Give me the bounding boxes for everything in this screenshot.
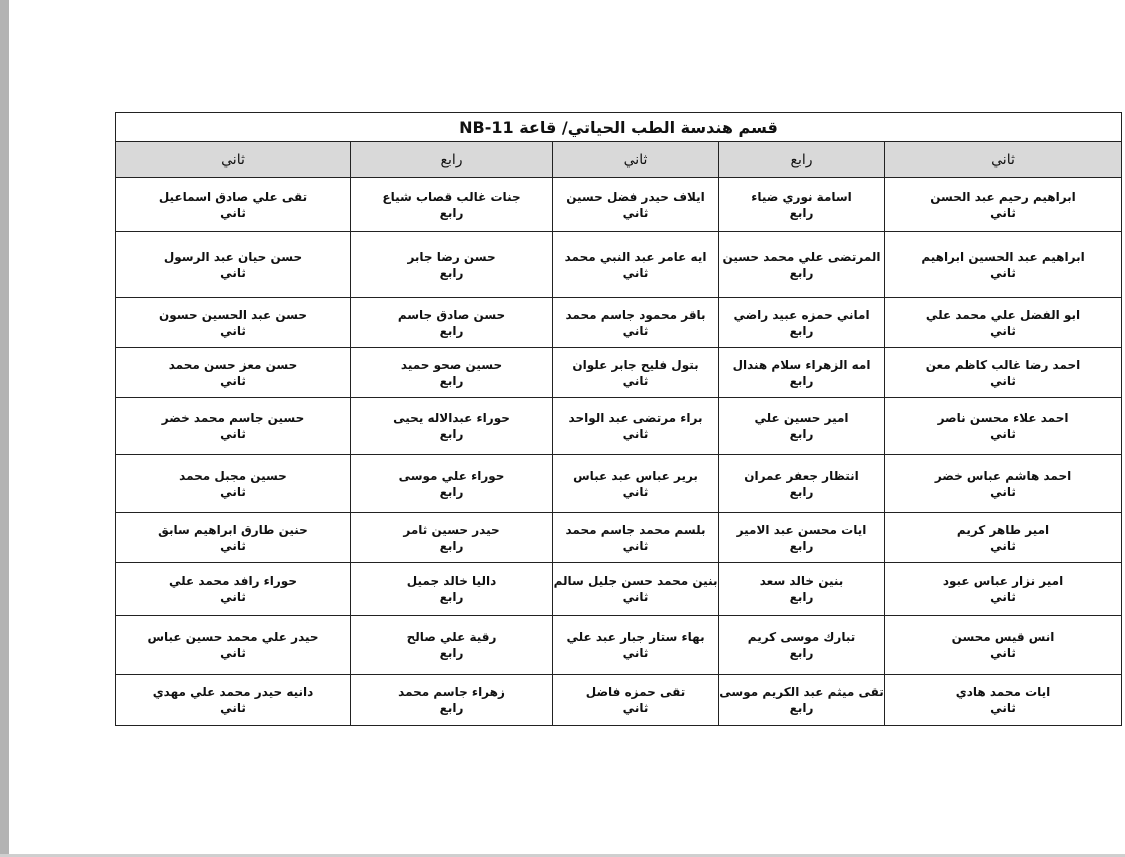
student-name: احمد رضا غالب كاظم معن xyxy=(885,357,1121,373)
student-cell: حسن حيان عبد الرسولثاني xyxy=(116,232,351,298)
student-stage: رابع xyxy=(719,373,884,389)
student-stage: ثاني xyxy=(553,205,718,221)
student-name: رقية علي صالح xyxy=(351,629,552,645)
table-row: احمد رضا غالب كاظم معنثانيامه الزهراء سل… xyxy=(116,348,1122,398)
student-cell: داليا خالد جميلرابع xyxy=(351,563,553,616)
student-cell: حيدر حسين ثامررابع xyxy=(351,513,553,563)
student-cell: حسين جاسم محمد خضرثاني xyxy=(116,398,351,455)
student-name: حوراء عبدالاله يحيى xyxy=(351,410,552,426)
student-name: المرتضى علي محمد حسين xyxy=(719,249,884,265)
title-row: قسم هندسة الطب الحياتي/ قاعة NB-11 xyxy=(116,113,1122,142)
student-stage: ثاني xyxy=(885,589,1121,605)
student-cell: حوراء عبدالاله يحيىرابع xyxy=(351,398,553,455)
student-name: حنين طارق ابراهيم سابق xyxy=(116,522,350,538)
student-name: ايات محسن عبد الامير xyxy=(719,522,884,538)
student-name: حسن عبد الحسين حسون xyxy=(116,307,350,323)
student-cell: انس قيس محسنثاني xyxy=(885,616,1122,675)
student-stage: ثاني xyxy=(885,484,1121,500)
student-name: احمد علاء محسن ناصر xyxy=(885,410,1121,426)
student-stage: ثاني xyxy=(116,205,350,221)
student-name: امير حسين علي xyxy=(719,410,884,426)
student-cell: امير نزار عباس عبودثاني xyxy=(885,563,1122,616)
student-cell: المرتضى علي محمد حسينرابع xyxy=(719,232,885,298)
student-name: دانيه حيدر محمد علي مهدي xyxy=(116,684,350,700)
student-stage: ثاني xyxy=(553,700,718,716)
student-name: انس قيس محسن xyxy=(885,629,1121,645)
student-name: ايه عامر عبد النبي محمد xyxy=(553,249,718,265)
table-row: انس قيس محسنثانيتبارك موسى كريمرابعبهاء … xyxy=(116,616,1122,675)
student-name: تقى علي صادق اسماعيل xyxy=(116,189,350,205)
student-cell: امير طاهر كريمثاني xyxy=(885,513,1122,563)
student-name: حسن رضا جابر xyxy=(351,249,552,265)
student-cell: تقى علي صادق اسماعيلثاني xyxy=(116,178,351,232)
student-name: ابراهيم عبد الحسين ابراهيم xyxy=(885,249,1121,265)
student-name: داليا خالد جميل xyxy=(351,573,552,589)
student-stage: رابع xyxy=(351,265,552,281)
student-name: ايلاف حيدر فضل حسين xyxy=(553,189,718,205)
document-title: قسم هندسة الطب الحياتي/ قاعة NB-11 xyxy=(116,113,1122,142)
student-cell: باقر محمود جاسم محمدثاني xyxy=(553,298,719,348)
table-row: امير نزار عباس عبودثانيبنين خالد سعدرابع… xyxy=(116,563,1122,616)
student-stage: رابع xyxy=(351,323,552,339)
student-cell: ايات محسن عبد الاميررابع xyxy=(719,513,885,563)
window-left-edge xyxy=(0,0,9,857)
student-stage: رابع xyxy=(719,538,884,554)
student-cell: حسن رضا جابررابع xyxy=(351,232,553,298)
student-name: بتول فليح جابر علوان xyxy=(553,357,718,373)
student-stage: رابع xyxy=(351,538,552,554)
student-stage: رابع xyxy=(719,645,884,661)
student-cell: ايه عامر عبد النبي محمدثاني xyxy=(553,232,719,298)
student-stage: ثاني xyxy=(885,538,1121,554)
student-stage: رابع xyxy=(719,589,884,605)
student-cell: جنات غالب قصاب شياعرابع xyxy=(351,178,553,232)
student-cell: بلسم محمد جاسم محمدثاني xyxy=(553,513,719,563)
student-cell: بتول فليح جابر علوانثاني xyxy=(553,348,719,398)
student-cell: تقى حمزه فاضلثاني xyxy=(553,675,719,726)
student-cell: امه الزهراء سلام هندالرابع xyxy=(719,348,885,398)
student-name: تقى حمزه فاضل xyxy=(553,684,718,700)
table-row: ابراهيم عبد الحسين ابراهيمثانيالمرتضى عل… xyxy=(116,232,1122,298)
student-cell: برير عباس عبد عباسثاني xyxy=(553,455,719,513)
student-name: ايات محمد هادي xyxy=(885,684,1121,700)
student-name: امير نزار عباس عبود xyxy=(885,573,1121,589)
student-stage: رابع xyxy=(719,323,884,339)
student-cell: ايلاف حيدر فضل حسينثاني xyxy=(553,178,719,232)
student-stage: ثاني xyxy=(885,323,1121,339)
student-stage: ثاني xyxy=(553,538,718,554)
student-stage: ثاني xyxy=(553,265,718,281)
student-name: حسن حيان عبد الرسول xyxy=(116,249,350,265)
seating-table: قسم هندسة الطب الحياتي/ قاعة NB-11 ثاني … xyxy=(115,112,1122,726)
table-row: ابو الفضل علي محمد عليثانياماني حمزه عبي… xyxy=(116,298,1122,348)
student-stage: ثاني xyxy=(885,205,1121,221)
student-stage: رابع xyxy=(351,205,552,221)
student-cell: تبارك موسى كريمرابع xyxy=(719,616,885,675)
student-name: حوراء علي موسى xyxy=(351,468,552,484)
student-cell: اماني حمزه عبيد راضيرابع xyxy=(719,298,885,348)
student-stage: ثاني xyxy=(116,645,350,661)
student-name: حسن صادق جاسم xyxy=(351,307,552,323)
student-cell: احمد رضا غالب كاظم معنثاني xyxy=(885,348,1122,398)
student-cell: اسامة نوري ضياءرابع xyxy=(719,178,885,232)
student-name: حيدر علي محمد حسين عباس xyxy=(116,629,350,645)
student-stage: ثاني xyxy=(553,373,718,389)
table-row: احمد علاء محسن ناصرثانيامير حسين عليرابع… xyxy=(116,398,1122,455)
student-name: براء مرتضى عبد الواحد xyxy=(553,410,718,426)
student-stage: ثاني xyxy=(116,538,350,554)
student-name: امير طاهر كريم xyxy=(885,522,1121,538)
student-name: حوراء رافد محمد علي xyxy=(116,573,350,589)
student-cell: امير حسين عليرابع xyxy=(719,398,885,455)
student-cell: احمد علاء محسن ناصرثاني xyxy=(885,398,1122,455)
student-stage: ثاني xyxy=(116,589,350,605)
student-stage: رابع xyxy=(351,484,552,500)
student-cell: حسن معز حسن محمدثاني xyxy=(116,348,351,398)
student-name: حسن معز حسن محمد xyxy=(116,357,350,373)
student-cell: حسن صادق جاسمرابع xyxy=(351,298,553,348)
student-stage: ثاني xyxy=(116,426,350,442)
table-row: ابراهيم رحيم عبد الحسنثانياسامة نوري ضيا… xyxy=(116,178,1122,232)
student-name: تبارك موسى كريم xyxy=(719,629,884,645)
header-row: ثاني رابع ثاني رابع ثاني xyxy=(116,142,1122,178)
student-stage: ثاني xyxy=(885,426,1121,442)
student-cell: حنين طارق ابراهيم سابقثاني xyxy=(116,513,351,563)
student-stage: ثاني xyxy=(116,700,350,716)
column-header: ثاني xyxy=(116,142,351,178)
column-header: رابع xyxy=(719,142,885,178)
student-name: اسامة نوري ضياء xyxy=(719,189,884,205)
student-cell: انتظار جعفر عمرانرابع xyxy=(719,455,885,513)
student-cell: حوراء رافد محمد عليثاني xyxy=(116,563,351,616)
student-cell: براء مرتضى عبد الواحدثاني xyxy=(553,398,719,455)
student-name: حسين جاسم محمد خضر xyxy=(116,410,350,426)
student-stage: ثاني xyxy=(116,484,350,500)
column-header: ثاني xyxy=(885,142,1122,178)
student-stage: ثاني xyxy=(885,645,1121,661)
student-name: امه الزهراء سلام هندال xyxy=(719,357,884,373)
student-cell: ابراهيم رحيم عبد الحسنثاني xyxy=(885,178,1122,232)
student-name: بنين خالد سعد xyxy=(719,573,884,589)
student-name: بنين محمد حسن جليل سالم xyxy=(553,573,718,589)
student-stage: رابع xyxy=(351,645,552,661)
student-name: باقر محمود جاسم محمد xyxy=(553,307,718,323)
student-name: اماني حمزه عبيد راضي xyxy=(719,307,884,323)
student-name: ابو الفضل علي محمد علي xyxy=(885,307,1121,323)
student-stage: ثاني xyxy=(116,265,350,281)
student-cell: بنين خالد سعدرابع xyxy=(719,563,885,616)
column-header: رابع xyxy=(351,142,553,178)
student-stage: ثاني xyxy=(553,645,718,661)
student-name: تقى ميثم عبد الكريم موسى xyxy=(719,684,884,700)
student-cell: رقية علي صالحرابع xyxy=(351,616,553,675)
column-header: ثاني xyxy=(553,142,719,178)
student-name: حيدر حسين ثامر xyxy=(351,522,552,538)
student-cell: ايات محمد هاديثاني xyxy=(885,675,1122,726)
student-cell: حسين صحو حميدرابع xyxy=(351,348,553,398)
student-stage: رابع xyxy=(719,700,884,716)
student-cell: تقى ميثم عبد الكريم موسىرابع xyxy=(719,675,885,726)
student-name: حسين صحو حميد xyxy=(351,357,552,373)
student-name: انتظار جعفر عمران xyxy=(719,468,884,484)
student-stage: ثاني xyxy=(885,700,1121,716)
student-cell: ابراهيم عبد الحسين ابراهيمثاني xyxy=(885,232,1122,298)
student-name: برير عباس عبد عباس xyxy=(553,468,718,484)
student-stage: رابع xyxy=(719,426,884,442)
student-stage: ثاني xyxy=(885,373,1121,389)
student-stage: رابع xyxy=(719,265,884,281)
table-row: ايات محمد هاديثانيتقى ميثم عبد الكريم مو… xyxy=(116,675,1122,726)
student-stage: رابع xyxy=(351,373,552,389)
student-name: جنات غالب قصاب شياع xyxy=(351,189,552,205)
table-row: امير طاهر كريمثانيايات محسن عبد الاميررا… xyxy=(116,513,1122,563)
student-cell: زهراء جاسم محمدرابع xyxy=(351,675,553,726)
student-stage: رابع xyxy=(351,589,552,605)
student-stage: ثاني xyxy=(116,373,350,389)
student-name: حسين مجبل محمد xyxy=(116,468,350,484)
student-stage: رابع xyxy=(351,426,552,442)
student-stage: ثاني xyxy=(553,589,718,605)
student-stage: ثاني xyxy=(885,265,1121,281)
student-cell: حسن عبد الحسين حسونثاني xyxy=(116,298,351,348)
table-row: احمد هاشم عباس خضرثانيانتظار جعفر عمرانر… xyxy=(116,455,1122,513)
student-name: ابراهيم رحيم عبد الحسن xyxy=(885,189,1121,205)
student-cell: بهاء ستار جبار عبد عليثاني xyxy=(553,616,719,675)
student-name: زهراء جاسم محمد xyxy=(351,684,552,700)
student-cell: بنين محمد حسن جليل سالمثاني xyxy=(553,563,719,616)
student-stage: رابع xyxy=(351,700,552,716)
student-name: احمد هاشم عباس خضر xyxy=(885,468,1121,484)
student-stage: رابع xyxy=(719,484,884,500)
student-stage: ثاني xyxy=(553,426,718,442)
student-cell: حيدر علي محمد حسين عباسثاني xyxy=(116,616,351,675)
student-cell: حسين مجبل محمدثاني xyxy=(116,455,351,513)
student-name: بلسم محمد جاسم محمد xyxy=(553,522,718,538)
student-name: بهاء ستار جبار عبد علي xyxy=(553,629,718,645)
student-stage: ثاني xyxy=(553,323,718,339)
student-cell: ابو الفضل علي محمد عليثاني xyxy=(885,298,1122,348)
student-cell: دانيه حيدر محمد علي مهديثاني xyxy=(116,675,351,726)
student-stage: رابع xyxy=(719,205,884,221)
student-cell: احمد هاشم عباس خضرثاني xyxy=(885,455,1122,513)
student-stage: ثاني xyxy=(116,323,350,339)
student-cell: حوراء علي موسىرابع xyxy=(351,455,553,513)
student-stage: ثاني xyxy=(553,484,718,500)
